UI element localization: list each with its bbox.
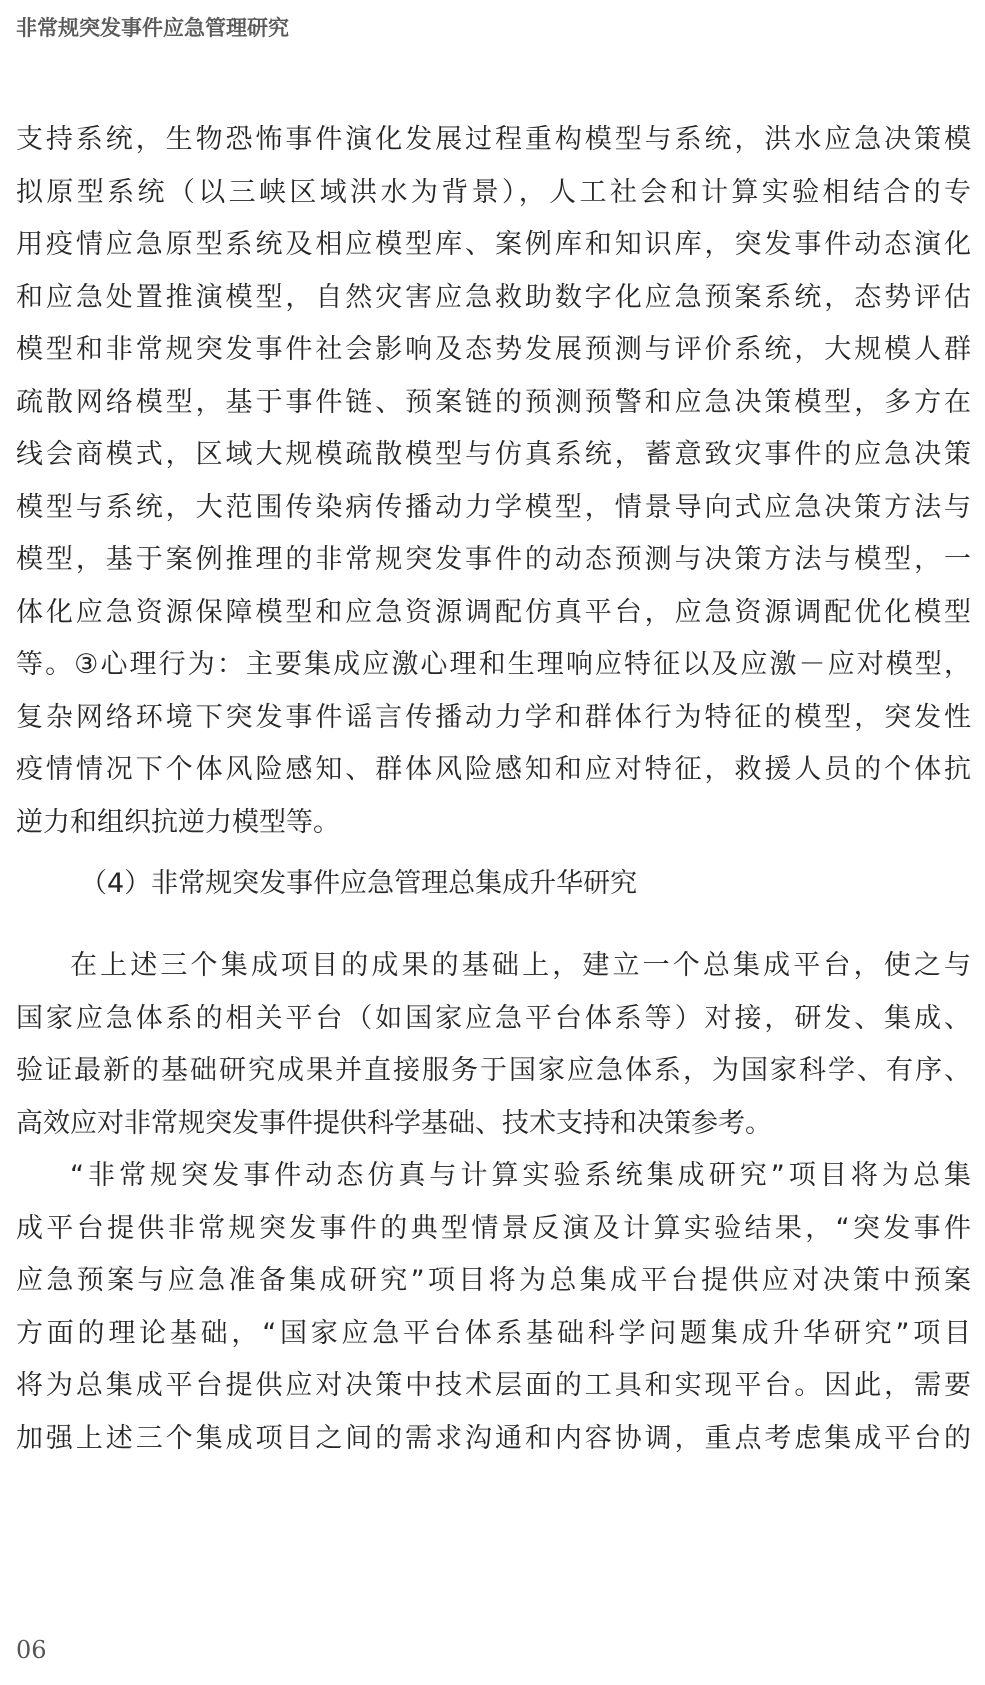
- text-line: 验证最新的基础研究成果并直接服务于国家应急体系，为国家科学、有序、: [16, 1045, 971, 1098]
- text-line: 在上述三个集成项目的成果的基础上，建立一个总集成平台，使之与: [16, 940, 971, 993]
- text-line: 疫情情况下个体风险感知、群体风险感知和应对特征，救援人员的个体抗: [16, 744, 971, 797]
- text-line: 线会商模式，区域大规模疏散模型与仿真系统，蓄意致灾事件的应急决策: [16, 429, 971, 482]
- text-line: 拟原型系统（以三峡区域洪水为背景），人工社会和计算实验相结合的专: [16, 167, 971, 220]
- text-line: 用疫情应急原型系统及相应模型库、案例库和知识库，突发事件动态演化: [16, 219, 971, 272]
- text-line: 等。③心理行为：主要集成应激心理和生理响应特征以及应激－应对模型，: [16, 639, 971, 692]
- page-number: 06: [16, 1636, 47, 1664]
- text-line: 应急预案与应急准备集成研究”项目将为总集成平台提供应对决策中预案: [16, 1255, 971, 1308]
- text-line: 复杂网络环境下突发事件谣言传播动力学和群体行为特征的模型，突发性: [16, 692, 971, 745]
- text-line: 成平台提供非常规突发事件的典型情景反演及计算实验结果，“突发事件: [16, 1203, 971, 1256]
- text-line: 模型与系统，大范围传染病传播动力学模型，情景导向式应急决策方法与: [16, 482, 971, 535]
- text-line: 将为总集成平台提供应对决策中技术层面的工具和实现平台。因此，需要: [16, 1360, 971, 1413]
- paragraph-project-roles: “非常规突发事件动态仿真与计算实验系统集成研究”项目将为总集 成平台提供非常规突…: [16, 1150, 971, 1465]
- text-line: “非常规突发事件动态仿真与计算实验系统集成研究”项目将为总集: [16, 1150, 971, 1203]
- section-heading: （4）非常规突发事件应急管理总集成升华研究: [16, 858, 971, 911]
- text-line: 加强上述三个集成项目之间的需求沟通和内容协调，重点考虑集成平台的: [16, 1413, 971, 1466]
- section-heading-text: （4）非常规突发事件应急管理总集成升华研究: [16, 858, 971, 911]
- text-line: 逆力和组织抗逆力模型等。: [16, 797, 971, 850]
- text-line: 高效应对非常规突发事件提供科学基础、技术支持和决策参考。: [16, 1098, 971, 1151]
- text-line: 方面的理论基础，“国家应急平台体系基础科学问题集成升华研究”项目: [16, 1308, 971, 1361]
- text-line: 支持系统，生物恐怖事件演化发展过程重构模型与系统，洪水应急决策模: [16, 114, 971, 167]
- running-header-title: 非常规突发事件应急管理研究: [16, 12, 289, 42]
- text-line: 模型，基于案例推理的非常规突发事件的动态预测与决策方法与模型，一: [16, 534, 971, 587]
- paragraph-models-list: 支持系统，生物恐怖事件演化发展过程重构模型与系统，洪水应急决策模 拟原型系统（以…: [16, 114, 971, 849]
- text-line: 模型和非常规突发事件社会影响及态势发展预测与评价系统，大规模人群: [16, 324, 971, 377]
- text-line: 国家应急体系的相关平台（如国家应急平台体系等）对接，研发、集成、: [16, 993, 971, 1046]
- text-line: 和应急处置推演模型，自然灾害应急救助数字化应急预案系统，态势评估: [16, 272, 971, 325]
- text-line: 体化应急资源保障模型和应急资源调配仿真平台，应急资源调配优化模型: [16, 587, 971, 640]
- text-line: 疏散网络模型，基于事件链、预案链的预测预警和应急决策模型，多方在: [16, 377, 971, 430]
- paragraph-integration-platform: 在上述三个集成项目的成果的基础上，建立一个总集成平台，使之与 国家应急体系的相关…: [16, 940, 971, 1150]
